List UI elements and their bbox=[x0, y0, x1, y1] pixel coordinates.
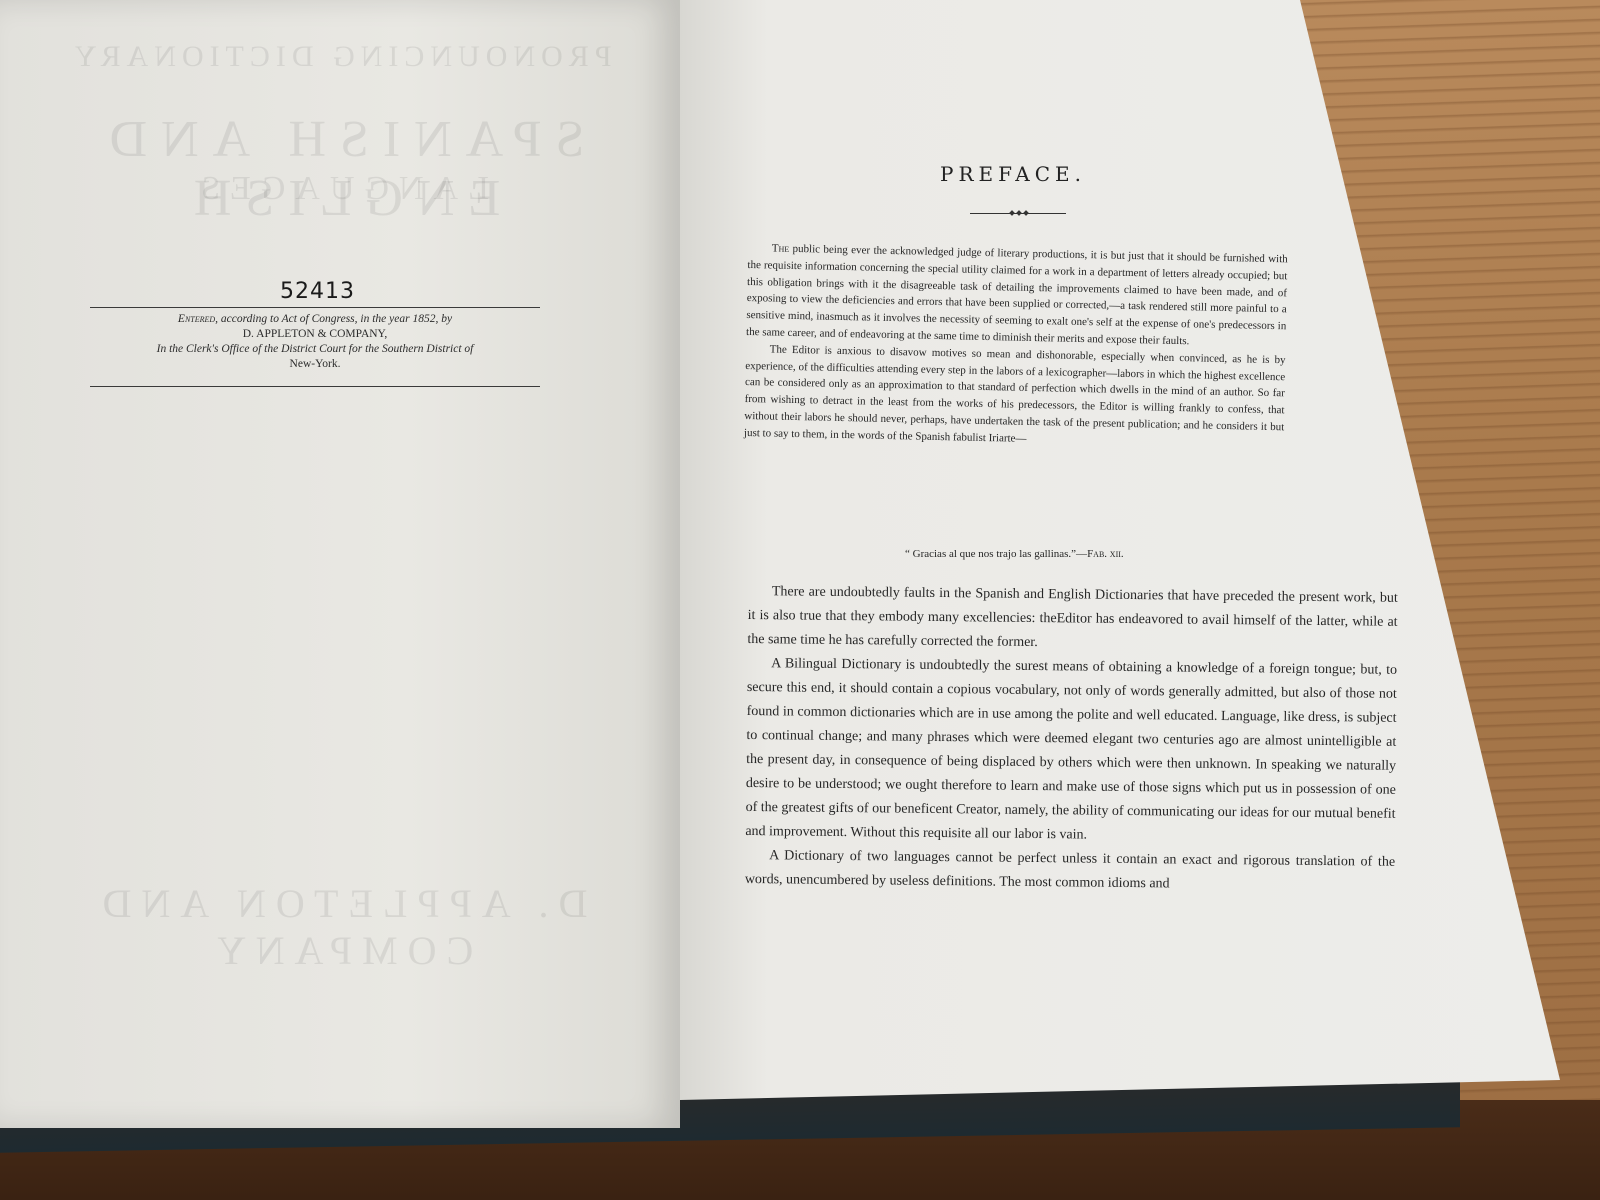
bleed-through-text: SPANISH AND ENGLISH bbox=[40, 110, 640, 228]
preface-main-block: There are undoubtedly faults in the Span… bbox=[745, 580, 1398, 899]
bleed-through-text: LANGUAGES bbox=[40, 170, 640, 208]
paragraph: A Dictionary of two languages cannot be … bbox=[745, 844, 1395, 899]
entered-label: Entered bbox=[178, 313, 215, 325]
paragraph: The public being ever the acknowledged j… bbox=[746, 240, 1288, 352]
preface-intro-block: The public being ever the acknowledged j… bbox=[744, 240, 1288, 453]
quote-source: Fab. xii. bbox=[1087, 548, 1124, 560]
paragraph: A Bilingual Dictionary is undoubtedly th… bbox=[745, 652, 1397, 851]
bleed-through-text: D. APPLETON AND COMPANY bbox=[40, 880, 640, 974]
divider bbox=[90, 307, 540, 308]
left-page: PRONOUNCING DICTIONARY SPANISH AND ENGLI… bbox=[0, 0, 680, 1128]
copyright-text: , according to Act of Congress, in the y… bbox=[215, 313, 452, 325]
publisher-name: D. APPLETON & COMPANY, bbox=[90, 327, 540, 342]
paragraph-text: public being ever the acknowledged judge… bbox=[746, 243, 1288, 347]
paragraph: There are undoubtedly faults in the Span… bbox=[747, 580, 1398, 659]
divider bbox=[90, 386, 540, 387]
paragraph: The Editor is anxious to disavow motives… bbox=[744, 341, 1286, 453]
copyright-line-3: In the Clerk's Office of the District Co… bbox=[90, 342, 540, 357]
epigraph: “ Gracias al que nos trajo las gallinas.… bbox=[905, 548, 1124, 560]
copyright-notice: 52413 Entered, according to Act of Congr… bbox=[90, 285, 540, 391]
copyright-line-1: Entered, according to Act of Congress, i… bbox=[90, 312, 540, 327]
quote-text: “ Gracias al que nos trajo las gallinas.… bbox=[905, 548, 1087, 560]
copyright-line-4: New-York. bbox=[90, 357, 540, 372]
bleed-through-text: PRONOUNCING DICTIONARY bbox=[40, 40, 640, 74]
lead-word: The bbox=[772, 243, 790, 255]
handwritten-number: 52413 bbox=[280, 279, 355, 304]
page-title: PREFACE. bbox=[940, 162, 1086, 186]
ornament-divider bbox=[970, 210, 1066, 216]
